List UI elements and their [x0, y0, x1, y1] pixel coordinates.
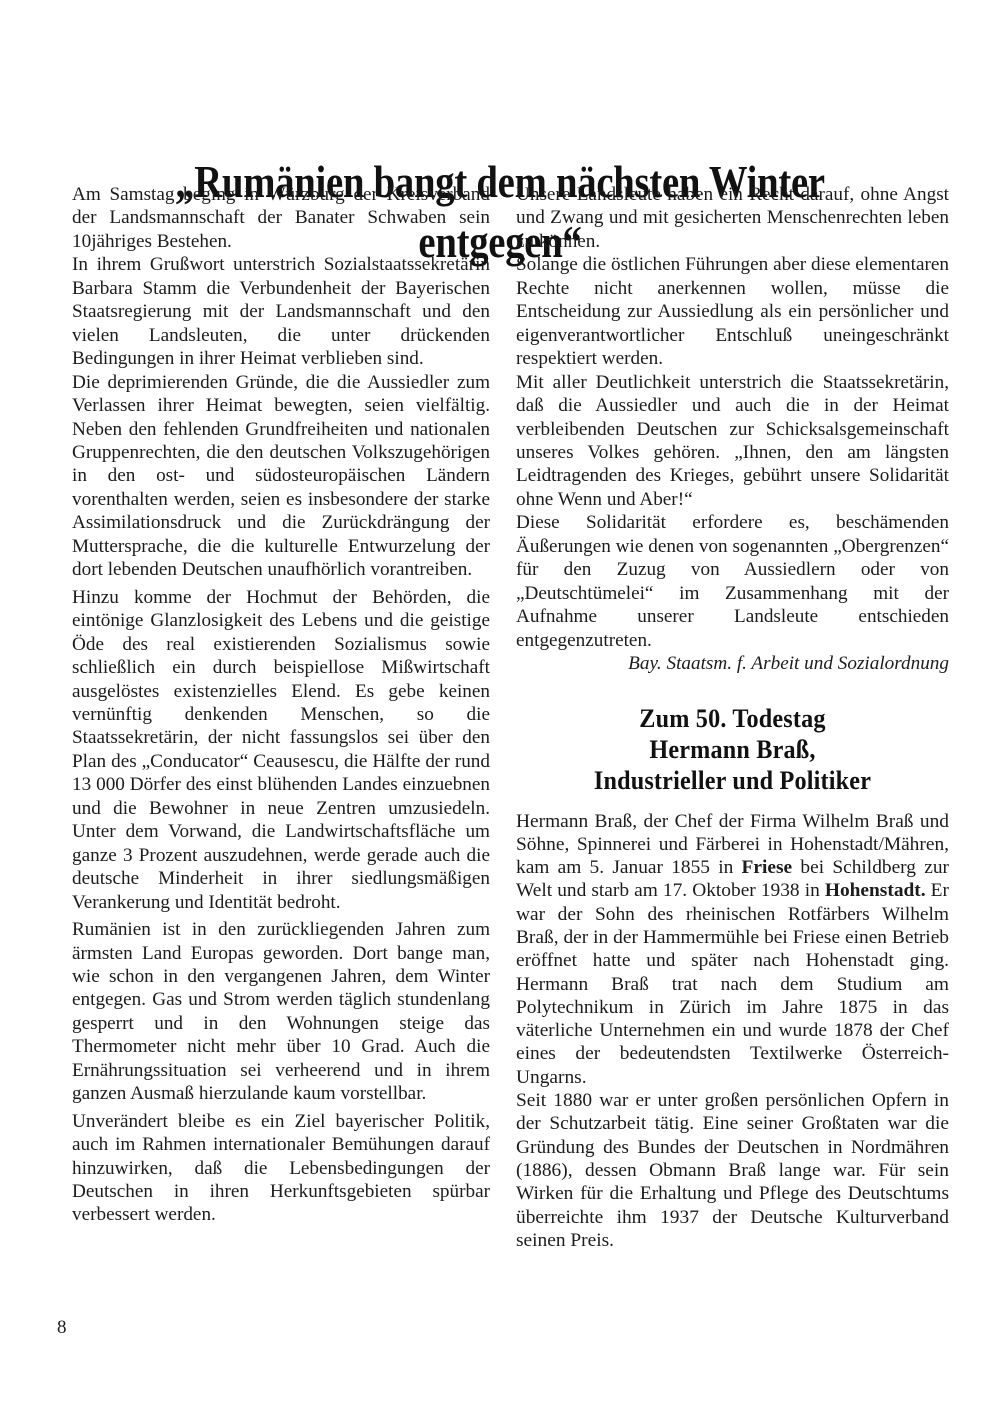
place-hohenstadt: Hohenstadt. — [825, 880, 926, 901]
obituary-paragraph: Seit 1880 war er unter großen persönlich… — [516, 1089, 949, 1252]
paragraph: Am Samstag beging in Würzburg der Kreisv… — [72, 183, 490, 253]
paragraph: Unsere Landsleute haben ein Recht darauf… — [516, 183, 949, 253]
obituary-paragraph: Hermann Braß, der Chef der Firma Wilhelm… — [516, 810, 949, 1090]
paragraph: Hinzu komme der Hochmut der Behörden, di… — [72, 586, 490, 914]
place-friese: Friese — [742, 857, 793, 878]
obituary-heading-line: Hermann Braß, — [531, 734, 934, 765]
paragraph: Diese Solidarität erfordere es, beschäme… — [516, 511, 949, 652]
page-number: 8 — [57, 1317, 67, 1339]
paragraph: Solange die östlichen Führungen aber die… — [516, 253, 949, 370]
text: Er war der Sohn des rheinischen Rotfärbe… — [516, 880, 949, 1087]
paragraph: Unverändert bleibe es ein Ziel bayerisch… — [72, 1110, 490, 1227]
article-signature: Bay. Staatsm. f. Arbeit und Sozialordnun… — [516, 652, 949, 675]
right-column: Unsere Landsleute haben ein Recht darauf… — [516, 183, 949, 1252]
paragraph: Rumänien ist in den zurückliegenden Jahr… — [72, 918, 490, 1106]
paragraph: In ihrem Grußwort unterstrich Sozialstaa… — [72, 253, 490, 370]
paragraph: Die deprimierenden Gründe, die die Aussi… — [72, 371, 490, 582]
left-column: Am Samstag beging in Würzburg der Kreisv… — [72, 183, 490, 1227]
obituary-heading-line: Zum 50. Todestag — [531, 703, 934, 734]
paragraph: Mit aller Deutlichkeit unterstrich die S… — [516, 371, 949, 512]
obituary-heading-line: Industrieller und Politiker — [531, 765, 934, 796]
obituary-heading: Zum 50. Todestag Hermann Braß, Industrie… — [531, 703, 934, 796]
